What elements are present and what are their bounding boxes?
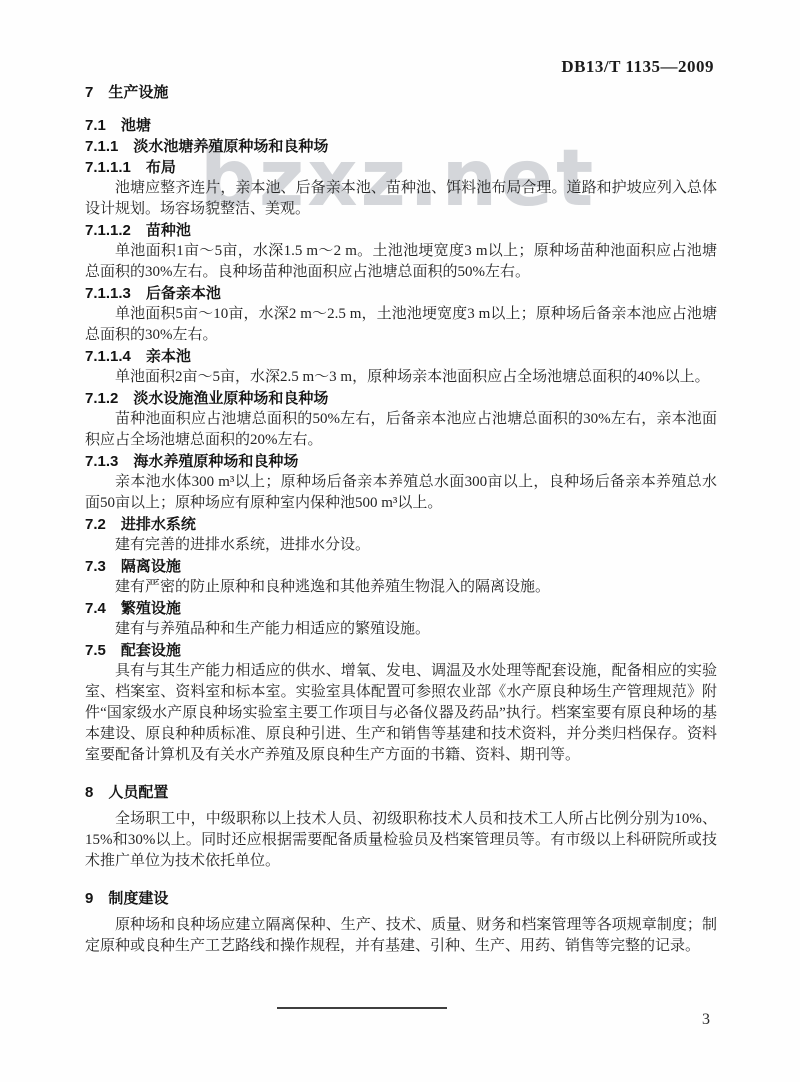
paragraph: 亲本池水体300 m³以上；原种场后备亲本养殖总水面300亩以上，良种场后备亲本… (85, 472, 717, 514)
section-heading: 7.1.2 淡水设施渔业原种场和良种场 (85, 388, 717, 409)
document-body: 7 生产设施7.1 池塘7.1.1 淡水池塘养殖原种场和良种场7.1.1.1 布… (85, 82, 717, 957)
scanned-document-page: bzxz.net DB13/T 1135—2009 7 生产设施7.1 池塘7.… (0, 0, 800, 1082)
section-heading: 7.1.1 淡水池塘养殖原种场和良种场 (85, 136, 717, 157)
paragraph: 具有与其生产能力相适应的供水、增氧、发电、调温及水处理等配套设施，配备相应的实验… (85, 661, 717, 766)
section-heading: 9 制度建设 (85, 888, 717, 909)
paragraph: 单池面积1亩～5亩，水深1.5 m～2 m。土池池埂宽度3 m以上；原种场苗种池… (85, 241, 717, 283)
section-heading: 7.3 隔离设施 (85, 556, 717, 577)
section-heading: 7.1.3 海水养殖原种场和良种场 (85, 451, 717, 472)
paragraph: 池塘应整齐连片，亲本池、后备亲本池、苗种池、饵料池布局合理。道路和护坡应列入总体… (85, 178, 717, 220)
section-heading: 7.1.1.1 布局 (85, 157, 717, 178)
section-heading: 7.1.1.2 苗种池 (85, 220, 717, 241)
paragraph: 建有完善的进排水系统，进排水分设。 (85, 535, 717, 556)
paragraph: 建有与养殖品种和生产能力相适应的繁殖设施。 (85, 619, 717, 640)
section-heading: 7.1 池塘 (85, 115, 717, 136)
footer-divider (277, 1007, 447, 1009)
section-heading: 7.1.1.4 亲本池 (85, 346, 717, 367)
page-number: 3 (702, 1011, 710, 1029)
paragraph: 苗种池面积应占池塘总面积的50%左右，后备亲本池应占池塘总面积的30%左右，亲本… (85, 409, 717, 451)
paragraph: 全场职工中，中级职称以上技术人员、初级职称技术人员和技术工人所占比例分别为10%… (85, 809, 717, 872)
paragraph: 单池面积2亩～5亩，水深2.5 m～3 m，原种场亲本池面积应占全场池塘总面积的… (85, 367, 717, 388)
paragraph: 单池面积5亩～10亩，水深2 m～2.5 m，土池池埂宽度3 m以上；原种场后备… (85, 304, 717, 346)
document-number-header: DB13/T 1135—2009 (561, 57, 714, 77)
section-heading: 7.5 配套设施 (85, 640, 717, 661)
paragraph: 建有严密的防止原种和良种逃逸和其他养殖生物混入的隔离设施。 (85, 577, 717, 598)
section-heading: 7.1.1.3 后备亲本池 (85, 283, 717, 304)
section-heading: 8 人员配置 (85, 782, 717, 803)
paragraph: 原种场和良种场应建立隔离保种、生产、技术、质量、财务和档案管理等各项规章制度；制… (85, 915, 717, 957)
section-heading: 7 生产设施 (85, 82, 717, 103)
section-heading: 7.2 进排水系统 (85, 514, 717, 535)
section-heading: 7.4 繁殖设施 (85, 598, 717, 619)
